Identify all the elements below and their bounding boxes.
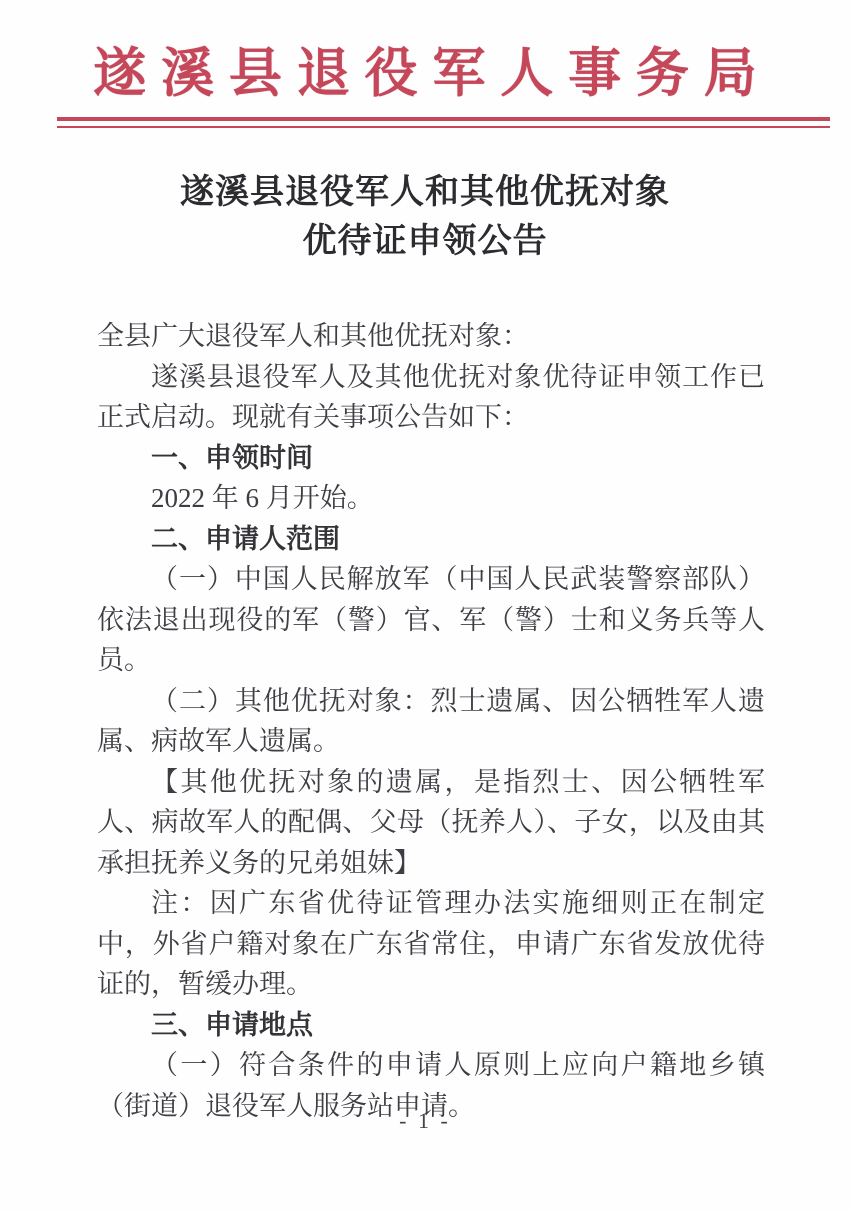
divider-thin-line <box>57 126 830 128</box>
document-title-line2: 优待证申领公告 <box>0 217 850 266</box>
salutation-line: 全县广大退役军人和其他优抚对象： <box>97 316 765 357</box>
section-2-item-1: （一）中国人民解放军（中国人民武装警察部队）依法退出现役的军（警）官、军（警）士… <box>97 559 765 681</box>
document-title-line1: 遂溪县退役军人和其他优抚对象 <box>0 168 850 217</box>
page-number: - 1 - <box>0 1108 850 1134</box>
bracket-note-paragraph: 【其他优抚对象的遗属，是指烈士、因公牺牲军人、病故军人的配偶、父母（抚养人）、子… <box>97 762 765 884</box>
letterhead-title: 遂溪县退役军人事务局 <box>0 44 850 104</box>
section-1-heading: 一、申领时间 <box>97 438 765 479</box>
letterhead-divider <box>57 117 830 128</box>
note-paragraph: 注：因广东省优待证管理办法实施细则正在制定中，外省户籍对象在广东省常住，申请广东… <box>97 883 765 1005</box>
section-2-item-2: （二）其他优抚对象：烈士遗属、因公牺牲军人遗属、病故军人遗属。 <box>97 681 765 762</box>
document-title: 遂溪县退役军人和其他优抚对象 优待证申领公告 <box>0 168 850 266</box>
section-2-heading: 二、申请人范围 <box>97 519 765 560</box>
document-page: 遂溪县退役军人事务局 遂溪县退役军人和其他优抚对象 优待证申领公告 全县广大退役… <box>0 0 850 1212</box>
divider-thick-line <box>57 117 830 121</box>
intro-paragraph: 遂溪县退役军人及其他优抚对象优待证申领工作已正式启动。现就有关事项公告如下： <box>97 357 765 438</box>
letterhead: 遂溪县退役军人事务局 <box>0 0 850 128</box>
section-1-text: 2022 年 6 月开始。 <box>97 478 765 519</box>
section-3-heading: 三、申请地点 <box>97 1005 765 1046</box>
document-body: 全县广大退役军人和其他优抚对象： 遂溪县退役军人及其他优抚对象优待证申领工作已正… <box>97 316 765 1126</box>
